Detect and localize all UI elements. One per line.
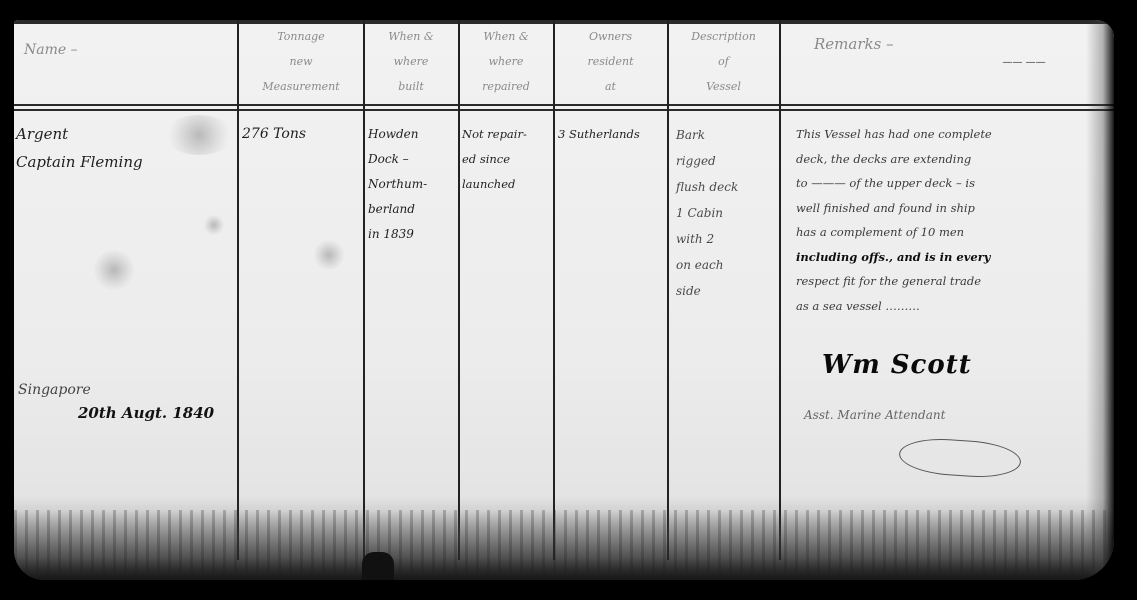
remarks-line: to ——— of the upper deck – is [796, 171, 1096, 196]
description-line: with 2 [676, 226, 776, 252]
remarks-line: as a sea vessel ……… [796, 294, 1096, 319]
header-note: —— —— [999, 50, 1049, 75]
header-where-built: When & where built [365, 24, 457, 99]
remarks-line: deck, the decks are extending [796, 147, 1096, 172]
column-divider [237, 20, 239, 560]
ledger-page: Name – Tonnage new Measurement When & wh… [14, 20, 1114, 580]
header-text: of [669, 49, 778, 74]
page-right-edge [1086, 20, 1114, 580]
column-divider [779, 20, 781, 560]
remarks-line: including offs., and is in every [796, 245, 1096, 270]
page-bottom-wear [14, 510, 1114, 580]
description-line: Bark [676, 122, 776, 148]
remarks-line: respect fit for the general trade [796, 269, 1096, 294]
description-line: rigged [676, 148, 776, 174]
header-text: Remarks – [814, 32, 974, 57]
header-text: where [460, 49, 552, 74]
stain [94, 250, 134, 290]
captain-name: Captain Fleming [16, 148, 231, 176]
tonnage-value: 276 Tons [242, 122, 362, 147]
entry-where-repaired: Not repair- ed since launched [462, 122, 554, 197]
entry-tonnage: 276 Tons [242, 122, 362, 147]
column-divider [553, 20, 555, 560]
header-note-text: —— —— [999, 50, 1049, 75]
entry-owners: 3 Sutherlands [558, 122, 666, 147]
description-line: side [676, 278, 776, 304]
owners-value: 3 Sutherlands [558, 122, 666, 147]
remarks-line: well finished and found in ship [796, 196, 1096, 221]
vessel-name: Argent [16, 120, 231, 148]
header-text: Measurement [240, 74, 362, 99]
repaired-line: ed since [462, 147, 554, 172]
entry-remarks: This Vessel has had one complete deck, t… [796, 122, 1096, 318]
stain [204, 215, 224, 235]
header-text: Description [669, 24, 778, 49]
header-text: When & [365, 24, 457, 49]
built-line: in 1839 [368, 222, 458, 247]
column-divider [363, 20, 365, 560]
header-where-repaired: When & where repaired [460, 24, 552, 99]
header-text: Owners [555, 24, 666, 49]
stain [314, 240, 344, 270]
built-line: Northum- [368, 172, 458, 197]
signature-title: Asst. Marine Attendant [804, 408, 945, 422]
column-divider [458, 20, 460, 560]
header-description: Description of Vessel [669, 24, 778, 99]
description-line: flush deck [676, 174, 776, 200]
place: Singapore [18, 382, 91, 398]
header-tonnage: Tonnage new Measurement [240, 24, 362, 99]
header-text: When & [460, 24, 552, 49]
header-text: at [555, 74, 666, 99]
built-line: Dock – [368, 147, 458, 172]
built-line: berland [368, 197, 458, 222]
signature-flourish [898, 436, 1022, 480]
entry-name: Argent Captain Fleming [16, 120, 231, 176]
header-text: Vessel [669, 74, 778, 99]
remarks-line: This Vessel has had one complete [796, 122, 1096, 147]
header-text: built [365, 74, 457, 99]
binding-tab [362, 552, 394, 580]
entry-where-built: Howden Dock – Northum- berland in 1839 [368, 122, 458, 247]
remarks-line: has a complement of 10 men [796, 220, 1096, 245]
column-divider [667, 20, 669, 560]
header-owners: Owners resident at [555, 24, 666, 99]
header-text: new [240, 49, 362, 74]
repaired-line: launched [462, 172, 554, 197]
header-text: where [365, 49, 457, 74]
header-name: Name – [24, 38, 144, 63]
header-text: resident [555, 49, 666, 74]
header-text: Name – [24, 38, 144, 63]
header-text: repaired [460, 74, 552, 99]
signature: Wm Scott [822, 350, 972, 380]
description-line: on each [676, 252, 776, 278]
header-rule-bottom [14, 109, 1114, 111]
date: 20th Augt. 1840 [78, 404, 214, 422]
repaired-line: Not repair- [462, 122, 554, 147]
header-text: Tonnage [240, 24, 362, 49]
entry-description: Bark rigged flush deck 1 Cabin with 2 on… [676, 122, 776, 304]
header-remarks: Remarks – [814, 32, 974, 57]
description-line: 1 Cabin [676, 200, 776, 226]
header-rule-top [14, 104, 1114, 106]
built-line: Howden [368, 122, 458, 147]
